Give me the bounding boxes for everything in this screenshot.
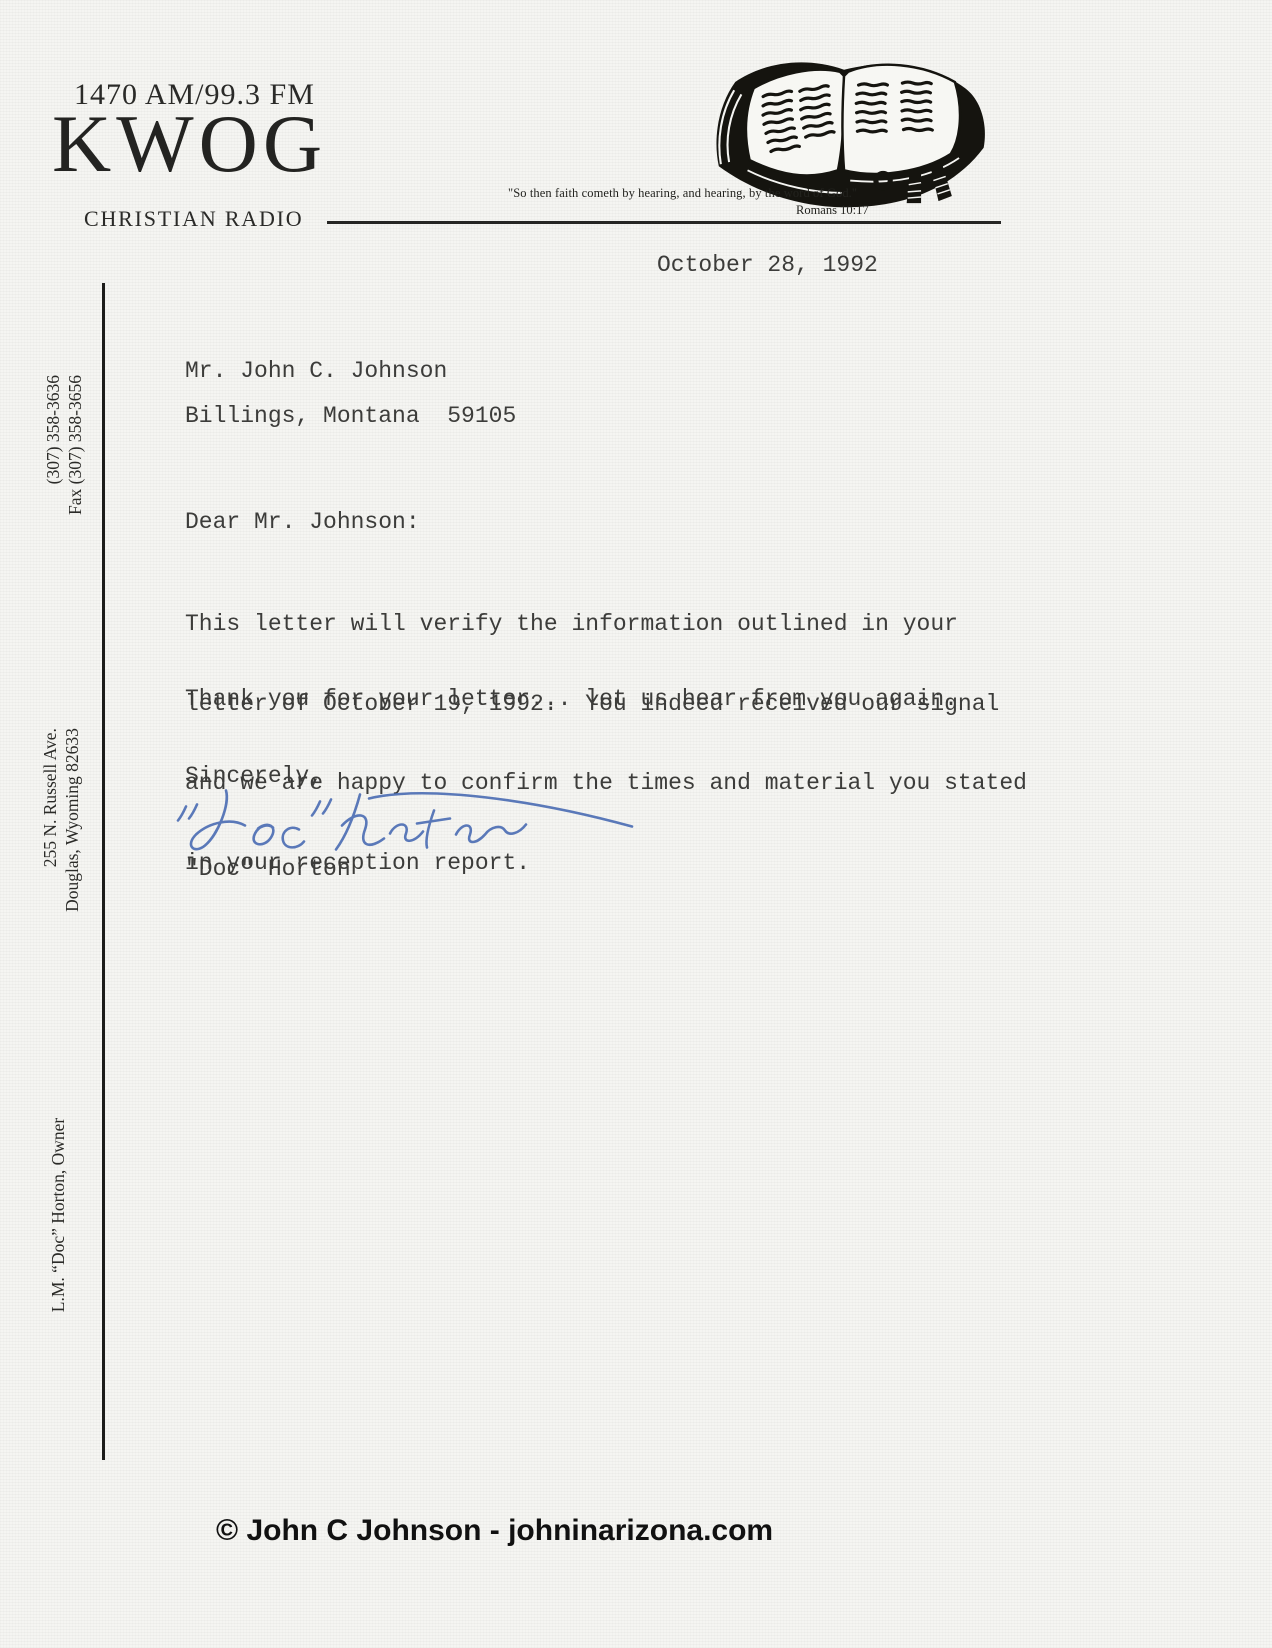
letter-date: October 28, 1992 [657, 252, 878, 279]
phone-number: (307) 358-3636 [42, 375, 64, 515]
body-line: This letter will verify the information … [185, 611, 1027, 638]
station-tagline: CHRISTIAN RADIO [84, 206, 304, 232]
sidebar-rule [102, 283, 105, 1460]
address-city: Douglas, Wyoming 82633 [61, 728, 83, 912]
letter-page: 1470 AM/99.3 FM KWOG CHRISTIAN RADIO [0, 0, 1272, 1648]
open-bible-illustration [688, 30, 996, 208]
station-callsign: KWOG [52, 103, 327, 185]
bible-verse-reference: Romans 10:17 [796, 203, 869, 218]
fax-number: Fax (307) 358-3656 [64, 375, 86, 515]
sidebar-address: 255 N. Russell Ave. Douglas, Wyoming 826… [39, 728, 83, 912]
bible-verse: "So then faith cometh by hearing, and he… [508, 186, 888, 201]
address-street: 255 N. Russell Ave. [39, 728, 61, 912]
sidebar-owner: L.M. “Doc” Horton, Owner [47, 1118, 69, 1312]
salutation: Dear Mr. Johnson: [185, 509, 420, 536]
body-paragraph-2: Thank you for your letter... let us hear… [185, 686, 958, 713]
recipient-city: Billings, Montana 59105 [185, 403, 516, 430]
sidebar-phone-fax: (307) 358-3636 Fax (307) 358-3656 [42, 375, 86, 515]
typed-signer-name: "Doc" Horton [185, 856, 351, 883]
header-rule [327, 221, 1001, 224]
recipient-name: Mr. John C. Johnson [185, 358, 447, 385]
copyright-watermark: © John C Johnson - johninarizona.com [216, 1514, 773, 1548]
